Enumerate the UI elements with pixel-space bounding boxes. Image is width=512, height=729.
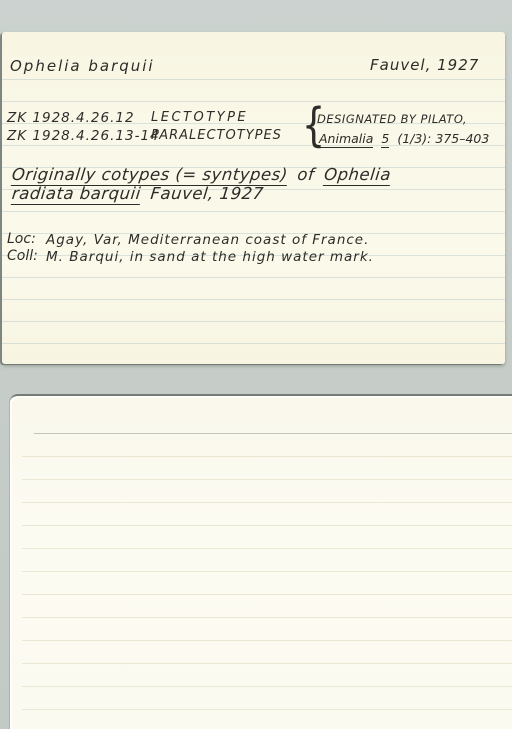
locality-label: Loc: [7, 231, 36, 247]
collector-value: M. Barqui, in sand at the high water mar… [46, 249, 374, 265]
designation-reference: Animalia 5 (1/3): 375–403 [319, 131, 489, 146]
ruled-lines [22, 456, 512, 719]
history-note-line2: radiata barquii Fauvel, 1927 [11, 184, 269, 203]
history-note-line1: Originally cotypes (= syntypes) of Ophel… [11, 165, 392, 184]
blank-card [10, 394, 512, 729]
journal-issue-pages: (1/3): 375–403 [397, 131, 489, 146]
collector-label: Coll: [7, 248, 38, 264]
history-note-authority: Fauvel, 1927 [150, 184, 265, 203]
type-status: LECTOTYPE [151, 110, 248, 125]
authority-year: Fauvel, 1927 [370, 56, 479, 74]
genus-name: Ophelia [323, 165, 392, 186]
catalog-number: ZK 1928.4.26.13-14 [7, 128, 160, 144]
history-note-plain: of [297, 165, 316, 184]
journal-volume: 5 [381, 131, 389, 148]
history-note-underlined: Originally cotypes (= syntypes) [11, 165, 289, 186]
type-status: PARALECTOTYPES [151, 128, 282, 143]
species-name: Ophelia barquii [10, 57, 155, 75]
species-epithet: radiata barquii [11, 184, 142, 205]
specimen-card: Ophelia barquii Fauvel, 1927 ZK 1928.4.2… [2, 32, 505, 364]
catalog-number: ZK 1928.4.26.12 [7, 110, 135, 126]
header-rule-line [34, 433, 512, 434]
journal-name: Animalia [319, 131, 373, 148]
designation-note: DESIGNATED BY PILATO, [317, 112, 467, 126]
locality-value: Agay, Var, Mediterranean coast of France… [46, 232, 369, 248]
photo-background: { "top_card": { "species_name": "Ophelia… [0, 0, 512, 729]
